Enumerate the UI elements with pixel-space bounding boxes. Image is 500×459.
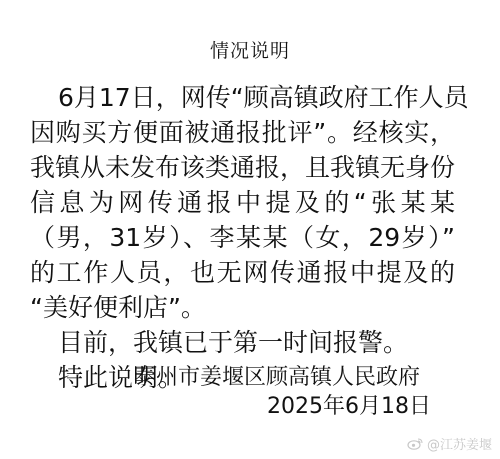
paragraph-line: “美好便利店”。 (30, 293, 455, 323)
document-title: 情况说明 (0, 36, 500, 63)
weibo-icon (407, 437, 424, 450)
watermark-text: @江苏姜堰 (427, 434, 492, 453)
watermark: @江苏姜堰 (407, 434, 492, 453)
paragraph-line: 信息为网传通报中提及的“张某某 (30, 188, 455, 218)
paragraph-line: 6月17日，网传“顾高镇政府工作人员 (58, 83, 450, 113)
signature-date: 2025年6月18日 (267, 393, 431, 421)
paragraph-line: 因购买方便面被通报批评”。经核实， (30, 118, 455, 148)
paragraph-line: 的工作人员，也无网传通报中提及的 (30, 258, 455, 288)
paragraph-line: 目前，我镇已于第一时间报警。 (58, 328, 450, 358)
paragraph-line: 我镇从未发布该类通报，且我镇无身份 (30, 153, 455, 183)
signature-organization: 泰州市姜堰区顾高镇人民政府 (134, 364, 420, 392)
paragraph-line: （男，31岁）、李某某（女，29岁）” (30, 223, 455, 253)
